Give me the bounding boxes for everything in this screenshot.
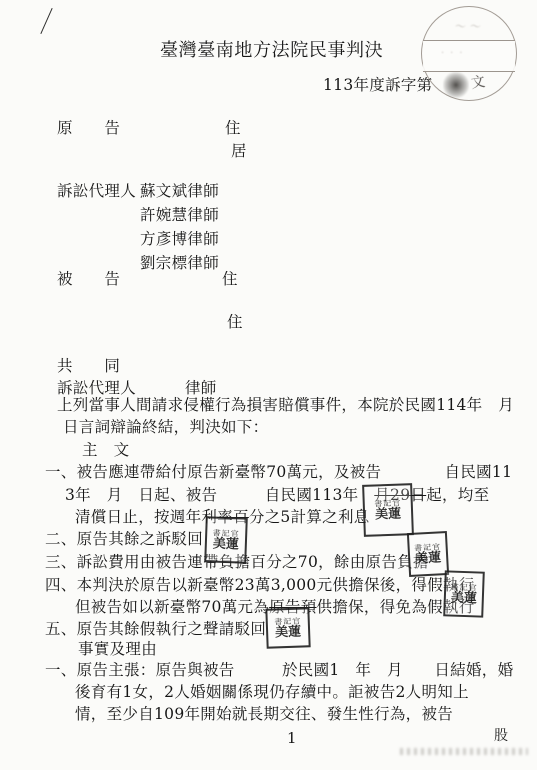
joint-label: 共 同 <box>57 358 120 376</box>
document-title: 臺灣臺南地方法院民事判決 <box>160 41 383 62</box>
intro-line-2: 日言詞辯論終結，判決如下： <box>63 419 268 437</box>
receipt-stamp-date-marks: ··· <box>441 48 497 60</box>
clerk-seal-title: 書記官 <box>451 583 478 592</box>
facts-line-2: 後育有1女，2人婚姻關係現仍存續中。詎被告2人明知上 <box>75 684 469 702</box>
plaintiff-attorney-1: 蘇文斌律師 <box>140 183 219 201</box>
plaintiff-residence-label-2: 居 <box>231 143 247 161</box>
ruling-item-1-line-2-pre: 3年 月 日起、被告 自民國113年 <box>65 486 374 504</box>
court-receipt-stamp: 〜〜 ··· 文 <box>421 6 517 101</box>
receipt-stamp-ink-blot <box>443 72 469 98</box>
plaintiff-attorney-label: 訴訟代理人 <box>57 183 136 201</box>
clerk-seal-stamp-3: 書記官 美蓮 <box>407 531 449 577</box>
ruling-item-1-line-3-post: 分之5計算之利息 <box>249 508 370 526</box>
clerk-seal-name: 美蓮 <box>415 551 442 565</box>
judgment-document-page: 〜〜 ··· 文 臺灣臺南地方法院民事判決 113年度訴字第 原 告 住 居 訴… <box>0 0 537 770</box>
plaintiff-label: 原 告 <box>57 120 120 138</box>
facts-line-1: 一、原告主張：原告與被告 於民國1 年 月 日結婚，婚 <box>45 662 513 680</box>
ruling-item-4-line-2-pre: 但被告如以新臺幣70萬元為 <box>75 598 269 616</box>
intro-line-1: 上列當事人間請求侵權行為損害賠償事件，本院於民國114年 月 <box>57 397 514 415</box>
ruling-item-1-line-1: 一、被告應連帶給付原告新臺幣70萬元，及被告 自民國11 <box>45 464 512 482</box>
clerk-seal-stamp-1: 書記官 美蓮 <box>362 483 414 537</box>
clerk-seal-title: 書記官 <box>213 529 240 538</box>
clerk-seal-name: 美蓮 <box>213 537 239 551</box>
clerk-seal-name: 美蓮 <box>451 591 477 605</box>
ruling-item-1-line-2-post: 起，均至 <box>426 486 489 504</box>
clerk-seal-stamp-2: 書記官 美蓮 <box>204 516 248 563</box>
clerk-seal-name: 美蓮 <box>275 625 301 639</box>
main-text-heading: 主 文 <box>82 442 129 460</box>
page-number: 1 <box>287 730 297 747</box>
handwritten-slash-mark <box>40 8 52 34</box>
clerk-seal-stamp-5: 書記官 美蓮 <box>265 607 310 649</box>
clerk-seal-title: 書記官 <box>374 499 401 508</box>
plaintiff-attorney-3: 方彥博律師 <box>140 231 219 249</box>
ruling-item-1-line-2: 3年 月 日起、被告 自民國113年 月29日起，均至 <box>65 487 489 505</box>
defendant-label: 被 告 <box>57 271 120 289</box>
ruling-item-5: 五、原告其餘假執行之聲請駁回 <box>45 621 266 639</box>
scan-smudge-mark <box>400 748 528 755</box>
facts-line-3: 情，至少自109年開始就長期交往、發生性行為，被告 <box>75 706 453 724</box>
plaintiff-residence-label-1: 住 <box>225 120 241 138</box>
receipt-stamp-arc-marks: 〜〜 <box>439 18 501 34</box>
facts-heading: 事實及理由 <box>78 641 157 659</box>
clerk-seal-stamp-4: 書記官 美蓮 <box>443 570 485 617</box>
ruling-item-1-line-3-pre: 清償日止，按週年利 <box>75 508 217 526</box>
receipt-stamp-character: 文 <box>470 71 487 93</box>
case-number: 113年度訴字第 <box>323 77 433 95</box>
defendant-residence-label-2: 住 <box>227 314 243 332</box>
plaintiff-attorney-4: 劉宗標律師 <box>140 255 219 273</box>
plaintiff-attorney-2: 許婉慧律師 <box>140 207 219 225</box>
clerk-seal-title: 書記官 <box>414 543 441 552</box>
defendant-residence-label-1: 住 <box>222 271 238 289</box>
ruling-item-4-line-1: 四、本判決於原告以新臺幣23萬3,000元供擔保後，得假執行 <box>45 577 475 595</box>
division-label: 股 <box>494 728 508 744</box>
clerk-seal-name: 美蓮 <box>375 507 401 521</box>
clerk-seal-title: 書記官 <box>274 617 301 626</box>
ruling-item-2: 二、原告其餘之訴駁回 <box>45 531 203 549</box>
